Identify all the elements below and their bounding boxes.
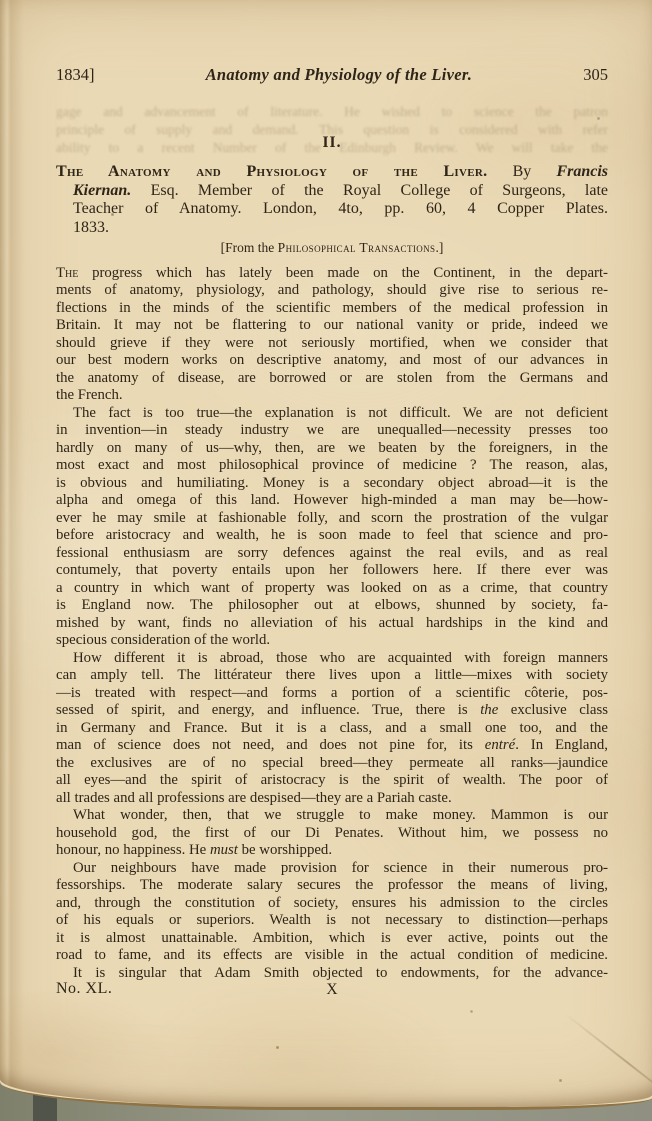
text-line: all eyes—and the spirit of aristocracy i… xyxy=(56,772,608,790)
page-number: 305 xyxy=(583,64,608,86)
text-line: sessed of spirit, and energy, and influe… xyxy=(56,702,608,720)
running-title: Anatomy and Physiology of the Liver. xyxy=(206,64,473,86)
text-line: a country in which want of property was … xyxy=(56,580,608,598)
text-line: specious consideration of the world. xyxy=(56,632,608,650)
source-journal: Philosophical Transactions xyxy=(278,240,436,255)
source-suffix: .] xyxy=(435,240,443,255)
text-line: should grieve if they were not seriously… xyxy=(56,335,608,353)
text-line: —is treated with respect—and forms a por… xyxy=(56,685,608,703)
text-line: hardly on many of us—why, then, are we b… xyxy=(56,440,608,458)
text-line: the exclusives are of no special breed—t… xyxy=(56,755,608,773)
paragraph-1: The progress which has lately been made … xyxy=(56,265,608,405)
text-line: fessorships. The moderate salary secures… xyxy=(56,877,608,895)
text-line: in invention—in steady industry we are u… xyxy=(56,422,608,440)
text-line: the French. xyxy=(56,387,608,405)
text-line: Teacher of Anatomy. London, 4to, pp. 60,… xyxy=(56,200,608,219)
article-body: The progress which has lately been made … xyxy=(56,265,608,983)
article-title: The Anatomy and Physiology of the Liver.… xyxy=(56,163,608,237)
text-line: the anatomy of disease, are borrowed or … xyxy=(56,370,608,388)
text-line: household god, the first of our Di Penat… xyxy=(56,825,608,843)
text-line: honour, no happiness. He must be worship… xyxy=(56,842,608,860)
text-line: The Anatomy and Physiology of the Liver.… xyxy=(56,163,608,182)
text-line: in Germany and France. But it is a class… xyxy=(56,720,608,738)
text-line: mished by want, finds no alleviation of … xyxy=(56,615,608,633)
signature-mark: X xyxy=(56,980,608,1000)
text-line: it is almost unattainable. Ambition, whi… xyxy=(56,930,608,948)
paragraph-2: The fact is too true—the explanation is … xyxy=(56,405,608,650)
text-line: road to fame, and its effects are visibl… xyxy=(56,947,608,965)
text-line: of his equals or superiors. Wealth is no… xyxy=(56,912,608,930)
header-year: 1834] xyxy=(56,64,95,86)
paragraph-3: How different it is abroad, those who ar… xyxy=(56,650,608,808)
text-line: all trades and all professions are despi… xyxy=(56,790,608,808)
text-line: our best modern works on descriptive ana… xyxy=(56,352,608,370)
page-header: 1834] Anatomy and Physiology of the Live… xyxy=(56,0,608,86)
text-line: How different it is abroad, those who ar… xyxy=(56,650,608,668)
source-attribution: [From the Philosophical Transactions.] xyxy=(56,240,608,256)
text-line: What wonder, then, that we struggle to m… xyxy=(56,807,608,825)
text-line: before aristocracy and wealth, he is soo… xyxy=(56,527,608,545)
source-prefix: [From the xyxy=(221,240,278,255)
page-footer: No. XL. X xyxy=(56,979,608,1001)
text-line: ments of anatomy, physiology, and pathol… xyxy=(56,282,608,300)
text-line: Kiernan. Esq. Member of the Royal Colleg… xyxy=(56,182,608,201)
text-line: fessional enthusiasm are sorry defences … xyxy=(56,545,608,563)
paper-specks xyxy=(0,0,1,1)
text-line: is obvious and humiliating. Money is a s… xyxy=(56,475,608,493)
page-content: 1834] Anatomy and Physiology of the Live… xyxy=(56,0,608,1001)
article-title: The Anatomy and Physiology of the Liver.… xyxy=(56,163,608,237)
scanned-page: gage and advancement of literature. He w… xyxy=(0,0,652,1121)
text-line: 1833. xyxy=(56,219,608,238)
paragraph-4: What wonder, then, that we struggle to m… xyxy=(56,807,608,860)
text-line: Our neighbours have made provision for s… xyxy=(56,860,608,878)
section-number: II. xyxy=(56,134,608,152)
text-line: can amply tell. The littérateur there li… xyxy=(56,667,608,685)
text-line: flections in the minds of the scientific… xyxy=(56,300,608,318)
text-line: Britain. It may not be flattering to our… xyxy=(56,317,608,335)
text-line: The fact is too true—the explanation is … xyxy=(56,405,608,423)
paragraph-5: Our neighbours have made provision for s… xyxy=(56,860,608,965)
text-line: ever he may smile at fashionable folly, … xyxy=(56,510,608,528)
text-line: and, through the constitution of society… xyxy=(56,895,608,913)
text-line: alpha and omega of this land. However hi… xyxy=(56,492,608,510)
text-line: contumely, that poverty entails upon her… xyxy=(56,562,608,580)
text-line: is England now. The philosopher out at e… xyxy=(56,597,608,615)
text-line: The progress which has lately been made … xyxy=(56,265,608,283)
text-line: man of science does not need, and does n… xyxy=(56,737,608,755)
text-line: most exact and most philosophical provin… xyxy=(56,457,608,475)
